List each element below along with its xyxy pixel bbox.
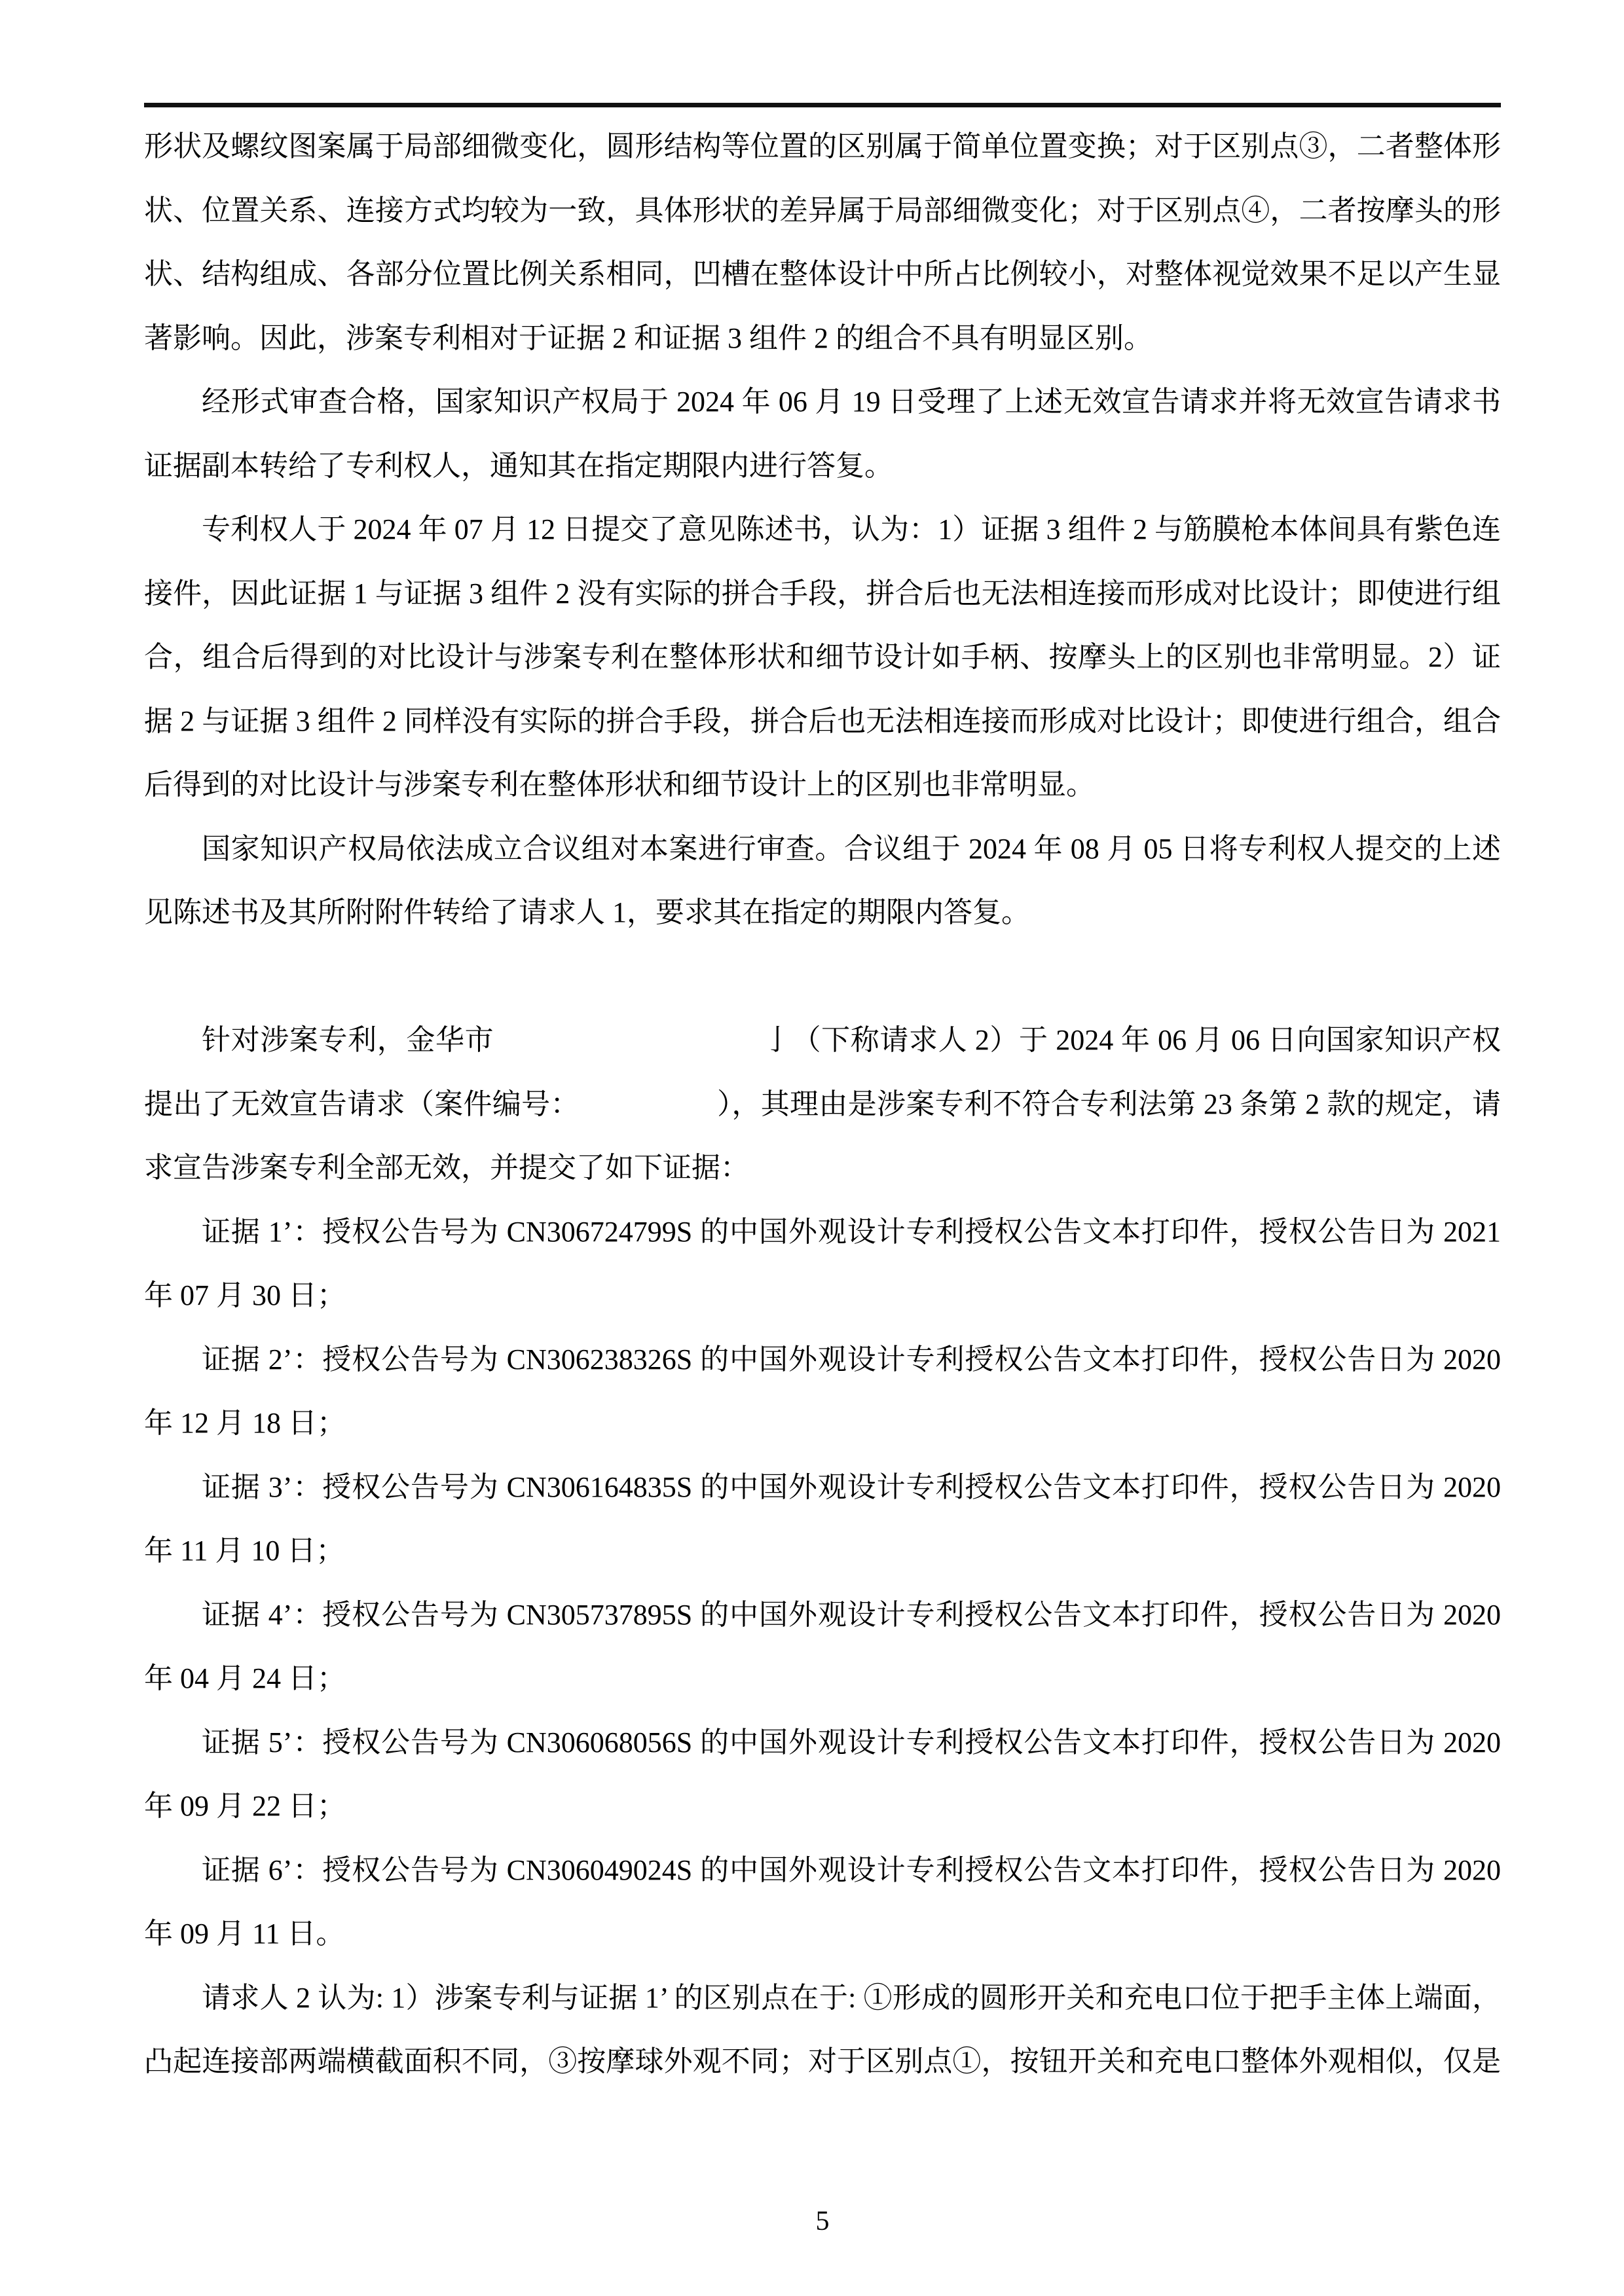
- page-number: 5: [816, 2206, 830, 2236]
- text-segment: ），其理由是涉案专利不符合专利法第 23 条第 2 款的规定，请: [717, 1088, 1501, 1120]
- text-line: 证据 4’：授权公告号为 CN305737895S 的中国外观设计专利授权公告文…: [144, 1583, 1501, 1647]
- text-line: 证据 6’：授权公告号为 CN306049024S 的中国外观设计专利授权公告文…: [144, 1838, 1501, 1903]
- text-line: 证据 5’：授权公告号为 CN306068056S 的中国外观设计专利授权公告文…: [144, 1711, 1501, 1775]
- text-line: 证据 3’：授权公告号为 CN306164835S 的中国外观设计专利授权公告文…: [144, 1455, 1501, 1520]
- text-line: 提出了无效宣告请求（案件编号：），其理由是涉案专利不符合专利法第 23 条第 2…: [144, 1072, 1501, 1137]
- text-line: 年 07 月 30 日；: [144, 1264, 1501, 1328]
- text-line: 年 11 月 10 日；: [144, 1519, 1501, 1583]
- blank-line: [144, 945, 1501, 1009]
- text-line: 合，组合后得到的对比设计与涉案专利在整体形状和细节设计如手柄、按摩头上的区别也非…: [144, 625, 1501, 689]
- text-line: 状、位置关系、连接方式均较为一致，具体形状的差异属于局部细微变化；对于区别点④，…: [144, 179, 1501, 243]
- text-line: 针对涉案专利，金华市亅（下称请求人 2）于 2024 年 06 月 06 日向国…: [144, 1008, 1501, 1072]
- text-line: 状、结构组成、各部分位置比例关系相同，凹槽在整体设计中所占比例较小，对整体视觉效…: [144, 242, 1501, 306]
- text-line: 形状及螺纹图案属于局部细微变化，圆形结构等位置的区别属于简单位置变换；对于区别点…: [144, 115, 1501, 179]
- text-segment: 提出了无效宣告请求（案件编号：: [144, 1088, 580, 1120]
- text-line: 后得到的对比设计与涉案专利在整体形状和细节设计上的区别也非常明显。: [144, 753, 1501, 817]
- text-line: 证据 1’：授权公告号为 CN306724799S 的中国外观设计专利授权公告文…: [144, 1200, 1501, 1264]
- text-line: 接件，因此证据 1 与证据 3 组件 2 没有实际的拼合手段，拼合后也无法相连接…: [144, 562, 1501, 626]
- text-line: 年 09 月 11 日。: [144, 1902, 1501, 1966]
- redacted-blank: [580, 1112, 717, 1114]
- text-line: 证据副本转给了专利权人，通知其在指定期限内进行答复。: [144, 434, 1501, 498]
- text-segment: 针对涉案专利，金华市: [202, 1024, 494, 1056]
- text-line: 见陈述书及其所附附件转给了请求人 1，要求其在指定的期限内答复。: [144, 881, 1501, 945]
- text-line: 据 2 与证据 3 组件 2 同样没有实际的拼合手段，拼合后也无法相连接而形成对…: [144, 689, 1501, 754]
- text-line: 请求人 2 认为: 1）涉案专利与证据 1’ 的区别点在于: ①形成的圆形开关和…: [144, 1966, 1501, 2030]
- text-line: 年 09 月 22 日；: [144, 1774, 1501, 1838]
- text-line: 经形式审查合格，国家知识产权局于 2024 年 06 月 19 日受理了上述无效…: [144, 370, 1501, 434]
- text-line: 著影响。因此，涉案专利相对于证据 2 和证据 3 组件 2 的组合不具有明显区别…: [144, 306, 1501, 371]
- header-rule: [144, 103, 1501, 107]
- document-body: 形状及螺纹图案属于局部细微变化，圆形结构等位置的区别属于简单位置变换；对于区别点…: [144, 115, 1501, 2094]
- text-line: 年 04 月 24 日；: [144, 1647, 1501, 1711]
- text-line: 专利权人于 2024 年 07 月 12 日提交了意见陈述书，认为：1）证据 3…: [144, 498, 1501, 562]
- text-line: 求宣告涉案专利全部无效，并提交了如下证据：: [144, 1136, 1501, 1200]
- text-line: 凸起连接部两端横截面积不同，③按摩球外观不同；对于区别点①，按钮开关和充电口整体…: [144, 2030, 1501, 2094]
- text-line: 证据 2’：授权公告号为 CN306238326S 的中国外观设计专利授权公告文…: [144, 1328, 1501, 1392]
- text-line: 年 12 月 18 日；: [144, 1391, 1501, 1455]
- redacted-blank: [494, 1048, 762, 1049]
- document-page: 形状及螺纹图案属于局部细微变化，圆形结构等位置的区别属于简单位置变换；对于区别点…: [0, 0, 1624, 2296]
- page-footer: 5: [144, 2190, 1501, 2253]
- text-line: 国家知识产权局依法成立合议组对本案进行审查。合议组于 2024 年 08 月 0…: [144, 817, 1501, 881]
